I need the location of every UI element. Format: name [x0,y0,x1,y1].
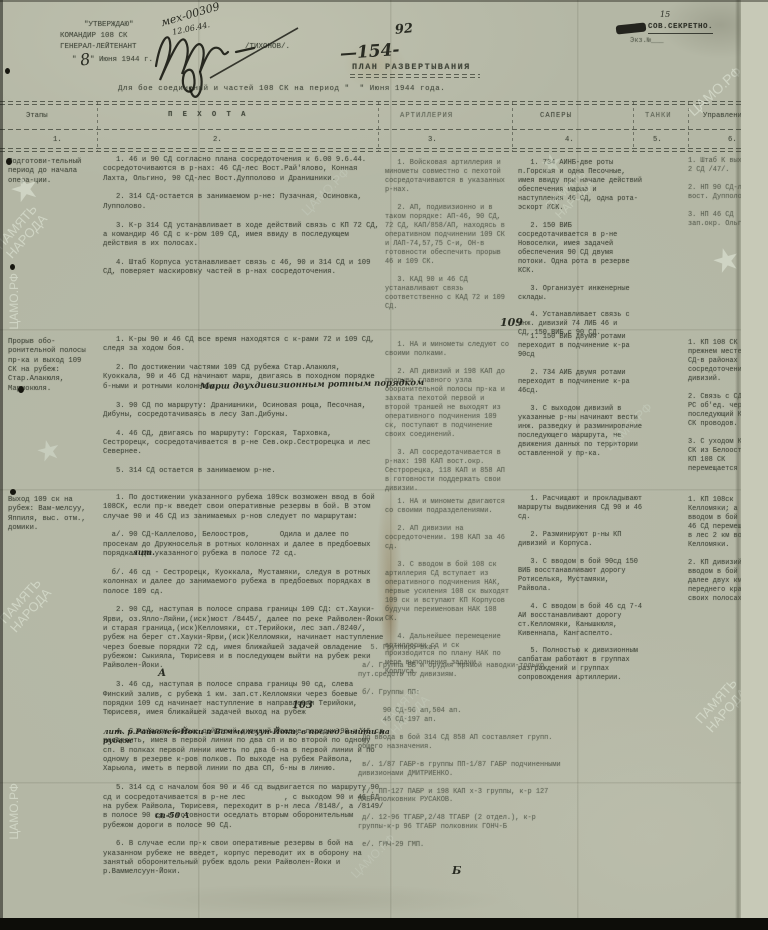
stage2-infantry-cell: 1. К-ры 90 и 46 СД все время находятся с… [103,336,383,476]
document-subtitle: Для бое соединений и частей 108 СК на пе… [118,85,445,95]
approval-heading: "УТВЕРЖДАЮ" [84,21,134,31]
page-edge-seam [735,0,741,930]
column-number-2: 2. [213,136,222,145]
column-number-4: 4. [565,136,574,145]
watermark-tsamo: ЦАМО.РФ [8,273,21,330]
handwritten-folio: —154- [339,40,400,64]
stage3-sappers-cell: 1. Расчищают и прокладывают маршруты выд… [518,495,646,683]
column-number-5: 5. [653,136,662,145]
fold-crease [0,329,768,332]
copy-number-line: Экз.№___ [630,37,664,46]
punch-hole [18,386,24,393]
handwritten-109-mark: 109 [500,316,523,329]
paper-stain [60,880,560,920]
approval-commander: КОМАНДИР 108 СК [60,32,128,42]
column-header-stages: Этапы [26,112,48,121]
handwritten-a-mark: А [158,668,166,679]
approval-rank: ГЕНЕРАЛ-ЛЕЙТЕНАНТ [60,43,137,53]
column-number-3: 3. [428,136,437,145]
stage-label: Подготови-тельный период до начала опера… [8,158,94,186]
watermark-pamyat-naroda: ПАМЯТЬНАРОДА [0,576,54,635]
column-header-infantry: П Е Х О Т А [168,111,248,120]
stage1-artillery-cell: 1. Войсковая артиллерия и минометы совме… [385,159,513,311]
punch-hole [10,489,16,495]
column-number-1: 1. [53,136,62,145]
punch-hole [6,158,12,165]
ink-blob [616,22,647,34]
watermark-pamyat-naroda: ПАМЯТЬНАРОДА [0,202,50,261]
column-header-sappers: САПЕРЫ [540,112,572,121]
handwritten-sp-mark: сп-50 А [155,810,189,820]
handwritten-insert-note: лит. р.Райволен-Йоки и Ваммелсуун-Йоки, … [103,727,403,745]
handwritten-lit-mark: лит. [132,547,155,557]
handwritten-103-mark: 103 [292,700,313,711]
stage1-sappers-cell: 1. 734 АИНБ-две роты п.Горская и одна Пе… [518,159,644,338]
scan-backing-strip [741,0,768,930]
stage1-infantry-cell: 1. 46 и 90 СД согласно плана сосредоточе… [103,156,383,278]
column-header-tanks: ТАНКИ [645,112,672,121]
fold-crease [577,0,580,930]
punch-hole [10,264,15,270]
star-icon: ★ [33,433,64,468]
handwritten-page-number: 92 [394,21,414,38]
page-edge [0,918,768,930]
stage2-sappers-cell: 1. 150 ВИБ двумя ротами переходит в подч… [518,333,644,459]
page-edge [0,0,768,2]
watermark-tsamo: ЦАМО.РФ [8,783,21,840]
fold-crease [0,489,768,492]
secrecy-stamp: СОВ.СЕКРЕТНО. [648,23,713,34]
stage-label: Выход 109 ск на рубеж: Вам-мелсуу, Яппил… [8,496,94,533]
punch-hole [5,68,10,74]
scanned-document-page: "УТВЕРЖДАЮ" КОМАНДИР 108 СК ГЕНЕРАЛ-ЛЕЙТ… [0,0,768,930]
document-title: ПЛАН РАЗВЕРТЫВАНИЯ [352,62,471,73]
page-edge [0,0,3,930]
handwritten-b-mark: Б [452,864,461,877]
column-header-artillery: АРТИЛЛЕРИЯ [400,112,453,121]
handwritten-sheet-number: 15 [660,10,670,19]
stage2-artillery-cell: 1. НА и минометы следуют со своими полка… [385,341,513,493]
